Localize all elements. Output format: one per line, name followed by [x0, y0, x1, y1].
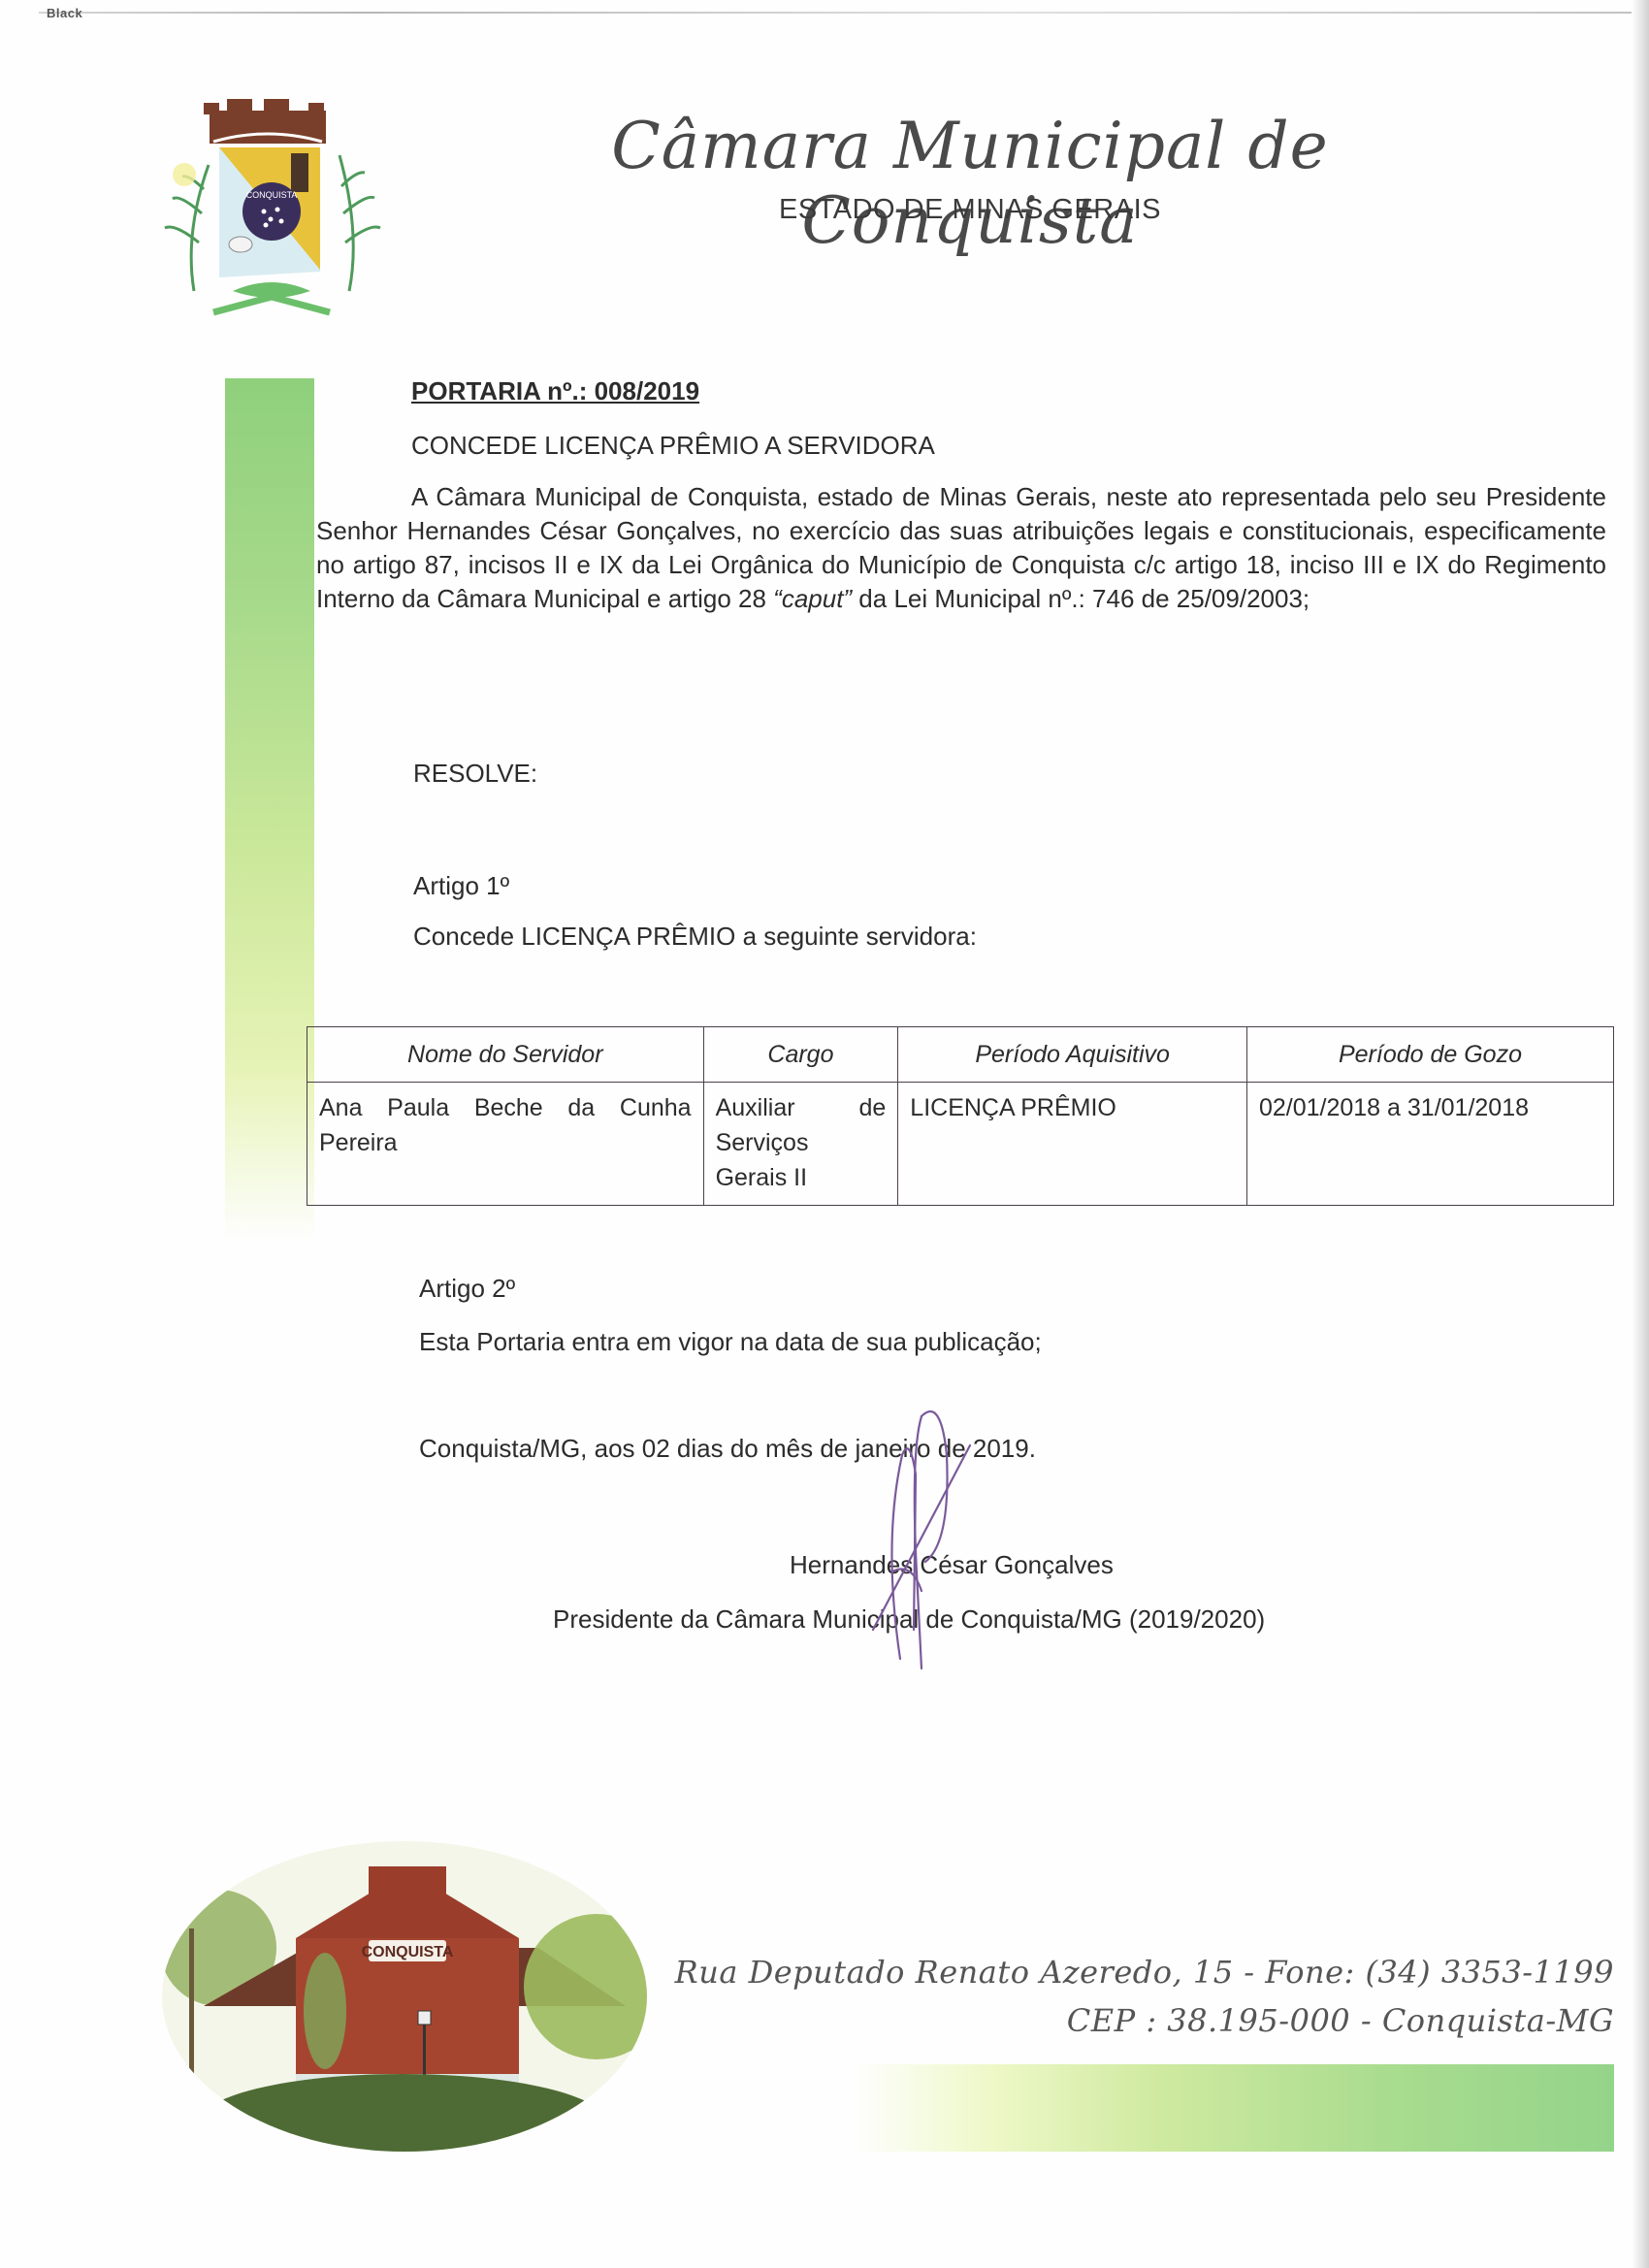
- scan-residue-text: Black: [47, 6, 82, 20]
- svg-text:CONQUISTA: CONQUISTA: [362, 1944, 454, 1960]
- artigo-2-title: Artigo 2º: [419, 1274, 515, 1304]
- artigo-1-title: Artigo 1º: [413, 871, 509, 901]
- portaria-number: PORTARIA nº.: 008/2019: [411, 376, 699, 406]
- institution-subtitle: ESTADO DE MINAS GERAIS: [504, 194, 1436, 226]
- caput-term: “caput”: [773, 584, 852, 613]
- servidor-table: Nome do Servidor Cargo Período Aquisitiv…: [307, 1026, 1614, 1206]
- scan-page-edge: [1632, 0, 1649, 2268]
- handwritten-signature-icon: [854, 1397, 1048, 1678]
- resolve-label: RESOLVE:: [413, 759, 537, 789]
- column-header-nome: Nome do Servidor: [307, 1027, 704, 1083]
- table-row: Ana Paula Beche da Cunha Pereira Auxilia…: [307, 1083, 1614, 1206]
- table-header-row: Nome do Servidor Cargo Período Aquisitiv…: [307, 1027, 1614, 1083]
- institution-title: Câmara Municipal de Conquista: [504, 109, 1436, 258]
- column-header-periodo-aquisitivo: Período Aquisitivo: [898, 1027, 1247, 1083]
- column-header-cargo: Cargo: [703, 1027, 898, 1083]
- cell-cargo: Auxiliar de Serviços Gerais II: [703, 1083, 898, 1206]
- document-heading: CONCEDE LICENÇA PRÊMIO A SERVIDORA: [411, 431, 935, 461]
- scan-edge-line: [39, 12, 1649, 14]
- footer-address-line2: CEP : 38.195-000 - Conquista-MG: [1067, 2002, 1614, 2039]
- cell-periodo-aquisitivo: LICENÇA PRÊMIO: [898, 1083, 1247, 1206]
- coat-of-arms-icon: CONQUISTA: [155, 97, 388, 330]
- preamble-paragraph: A Câmara Municipal de Conquista, estado …: [316, 480, 1606, 616]
- artigo-1-text: Concede LICENÇA PRÊMIO a seguinte servid…: [413, 922, 977, 952]
- train-station-photo-icon: CONQUISTA: [150, 1831, 655, 2152]
- cell-periodo-gozo: 02/01/2018 a 31/01/2018: [1246, 1083, 1613, 1206]
- cell-nome: Ana Paula Beche da Cunha Pereira: [307, 1083, 704, 1206]
- svg-text:CONQUISTA: CONQUISTA: [246, 190, 298, 200]
- artigo-2-text: Esta Portaria entra em vigor na data de …: [419, 1327, 1042, 1357]
- preamble-text-end: da Lei Municipal nº.: 746 de 25/09/2003;: [852, 584, 1309, 613]
- column-header-periodo-gozo: Período de Gozo: [1246, 1027, 1613, 1083]
- decorative-green-footer-band: [854, 2064, 1614, 2152]
- footer-address-line1: Rua Deputado Renato Azeredo, 15 - Fone: …: [675, 1954, 1614, 1991]
- decorative-green-bar: [225, 378, 314, 1242]
